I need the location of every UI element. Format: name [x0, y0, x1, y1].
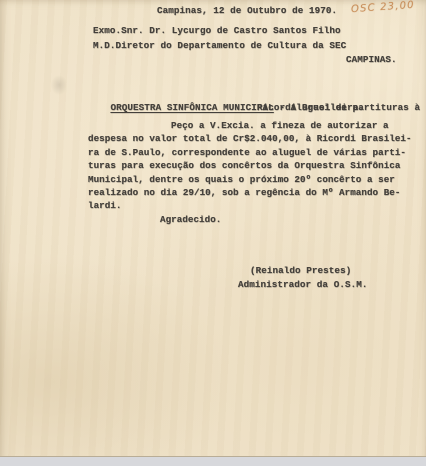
recipient-name-line: Exmo.Snr. Dr. Lycurgo de Castro Santos F…: [93, 25, 341, 36]
paper-smudge: [50, 74, 68, 96]
recipient-title-line: M.D.Diretor do Departamento de Cultura d…: [93, 40, 346, 51]
subject-title: ORQUESTRA SINFÔNICA MUNICIPAL: [111, 102, 274, 113]
signature-name: (Reinaldo Prestes): [250, 265, 351, 276]
closing-line: Agradecido.: [160, 213, 418, 226]
body-line: Peço a V.Excia. a fineza de autorizar a: [171, 119, 418, 132]
body-line: Municipal, dentre os quais o próximo 20º…: [88, 173, 418, 186]
signature-role: Administrador da O.S.M.: [238, 279, 367, 290]
body-line: lardi.: [88, 199, 418, 212]
subject-line2: Ricordi Brasileira.: [257, 102, 364, 113]
scanned-letter-page: Campinas, 12 de Outubro de 1970. OSC 23,…: [0, 0, 426, 466]
recipient-city: CAMPINAS.: [346, 54, 397, 65]
handwritten-annotation: OSC 23,00: [351, 0, 415, 15]
letter-body: Peço a V.Excia. a fineza de autorizar a …: [88, 119, 418, 226]
body-line: ra de S.Paulo, correspondente ao aluguel…: [88, 146, 418, 159]
scanner-edge-strip: [0, 456, 426, 466]
body-line: realizado no dia 29/10, sob a regência d…: [88, 186, 418, 199]
body-line: turas para execução dos concêrtos da Orq…: [88, 159, 418, 172]
body-line: despesa no valor total de Cr$2.040,00, à…: [88, 132, 418, 145]
date-line: Campinas, 12 de Outubro de 1970.: [157, 5, 337, 16]
